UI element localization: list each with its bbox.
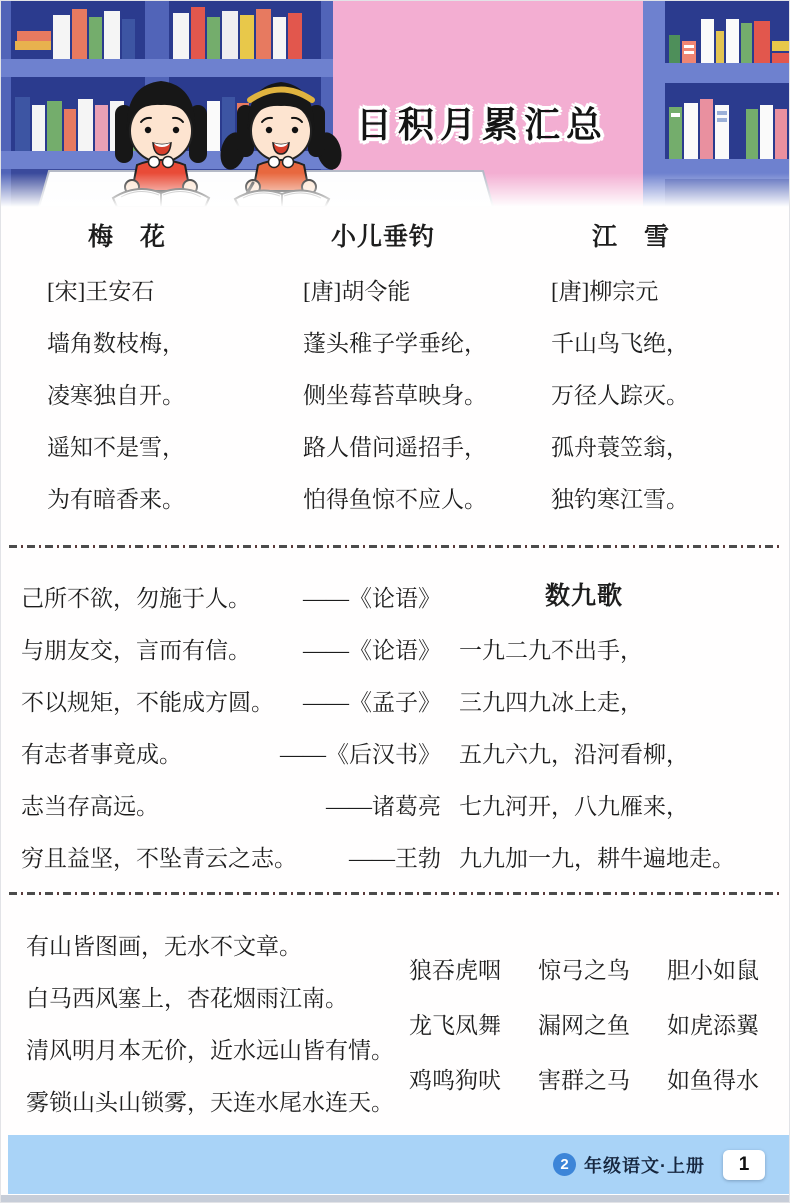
idiom-cell: 狼吞虎咽 <box>409 943 501 998</box>
saying-row: 与朋友交，言而有信。 ——《论语》 <box>21 625 441 677</box>
poem-author: [唐]柳宗元 <box>551 266 766 318</box>
page: 日积月累汇总 梅 花 [宋]王安石 墙角数枝梅， 凌寒独自开。 遥知不是雪， 为… <box>0 0 790 1203</box>
poem-line: 蓬头稚子学垂纶， <box>303 318 543 370</box>
middle-section: 己所不欲，勿施于人。 ——《论语》 与朋友交，言而有信。 ——《论语》 不以规矩… <box>1 573 790 888</box>
saying-row: 有志者事竟成。 ——《后汉书》 <box>21 729 441 781</box>
poem-line: 万径人踪灭。 <box>551 370 766 422</box>
couplet-line: 白马西风塞上，杏花烟雨江南。 <box>26 973 416 1025</box>
page-bottom-edge <box>1 1195 789 1202</box>
poem-column-xiaoerchuidiao: 小儿垂钓 [唐]胡令能 蓬头稚子学垂纶， 侧坐莓苔草映身。 路人借问遥招手， 怕… <box>303 214 543 526</box>
page-title: 日积月累汇总 <box>337 97 627 148</box>
poem-line: 独钓寒江雪。 <box>551 474 766 526</box>
poem-line: 凌寒独自开。 <box>47 370 262 422</box>
idiom-cell: 惊弓之鸟 <box>538 943 630 998</box>
song-line: 七九河开，八九雁来， <box>459 781 781 833</box>
song-line: 九九加一九，耕牛遍地走。 <box>459 833 781 885</box>
poem-line: 怕得鱼惊不应人。 <box>303 474 543 526</box>
idiom-cell: 胆小如鼠 <box>667 943 759 998</box>
section-divider-2 <box>9 892 781 895</box>
saying-text: 志当存高远。 <box>21 781 159 833</box>
saying-source: ——《论语》 <box>303 573 441 625</box>
saying-source: ——《孟子》 <box>303 677 441 729</box>
saying-text: 不以规矩，不能成方圆。 <box>21 677 274 729</box>
song-line: 一九二九不出手， <box>459 625 781 677</box>
saying-row: 志当存高远。 ——诸葛亮 <box>21 781 441 833</box>
idiom-cell: 漏网之鱼 <box>538 998 630 1053</box>
couplet-line: 有山皆图画，无水不文章。 <box>26 921 416 973</box>
poem-line: 遥知不是雪， <box>47 422 262 474</box>
poem-author: [唐]胡令能 <box>303 266 543 318</box>
song-title: 数九歌 <box>459 573 709 625</box>
saying-row: 不以规矩，不能成方圆。 ——《孟子》 <box>21 677 441 729</box>
couplets-list: 有山皆图画，无水不文章。 白马西风塞上，杏花烟雨江南。 清风明月本无价，近水远山… <box>26 921 416 1129</box>
couplet-line: 雾锁山头山锁雾，天连水尾水连天。 <box>26 1077 416 1129</box>
saying-text: 与朋友交，言而有信。 <box>21 625 251 677</box>
page-header: 日积月累汇总 <box>1 1 790 207</box>
winter-count-song: 数九歌 一九二九不出手， 三九四九冰上走， 五九六九，沿河看柳， 七九河开，八九… <box>459 573 781 885</box>
saying-source: ——王勃 <box>349 833 441 885</box>
page-footer: 2 年级语文·上册 1 <box>8 1135 789 1194</box>
poem-line: 墙角数枝梅， <box>47 318 262 370</box>
saying-text: 己所不欲，勿施于人。 <box>21 573 251 625</box>
saying-source: ——《后汉书》 <box>280 729 441 781</box>
saying-row: 己所不欲，勿施于人。 ——《论语》 <box>21 573 441 625</box>
grade-badge: 2 <box>553 1153 576 1176</box>
idiom-cell: 如鱼得水 <box>667 1053 759 1108</box>
song-line: 五九六九，沿河看柳， <box>459 729 781 781</box>
page-number-box: 1 <box>723 1150 765 1180</box>
saying-row: 穷且益坚，不坠青云之志。 ——王勃 <box>21 833 441 885</box>
bottom-section: 有山皆图画，无水不文章。 白马西风塞上，杏花烟雨江南。 清风明月本无价，近水远山… <box>1 921 790 1131</box>
poem-line: 孤舟蓑笠翁， <box>551 422 766 474</box>
poem-title: 小儿垂钓 <box>303 214 463 266</box>
poem-title: 梅 花 <box>47 214 207 266</box>
saying-text: 穷且益坚，不坠青云之志。 <box>21 833 297 885</box>
sayings-list: 己所不欲，勿施于人。 ——《论语》 与朋友交，言而有信。 ——《论语》 不以规矩… <box>21 573 441 885</box>
saying-source: ——《论语》 <box>303 625 441 677</box>
idiom-cell: 鸡鸣狗吠 <box>409 1053 501 1108</box>
idiom-cell: 龙飞凤舞 <box>409 998 501 1053</box>
poem-author: [宋]王安石 <box>47 266 262 318</box>
poem-column-jiangxue: 江 雪 [唐]柳宗元 千山鸟飞绝， 万径人踪灭。 孤舟蓑笠翁， 独钓寒江雪。 <box>551 214 766 526</box>
song-line: 三九四九冰上走， <box>459 677 781 729</box>
couplet-line: 清风明月本无价，近水远山皆有情。 <box>26 1025 416 1077</box>
saying-source: ——诸葛亮 <box>326 781 441 833</box>
idioms-grid: 狼吞虎咽 惊弓之鸟 胆小如鼠 龙飞凤舞 漏网之鱼 如虎添翼 鸡鸣狗吠 害群之马 … <box>409 943 759 1108</box>
section-divider-1 <box>9 545 781 548</box>
poem-title: 江 雪 <box>551 214 711 266</box>
poem-line: 路人借问遥招手， <box>303 422 543 474</box>
poem-line: 侧坐莓苔草映身。 <box>303 370 543 422</box>
saying-text: 有志者事竟成。 <box>21 729 182 781</box>
poem-column-meihua: 梅 花 [宋]王安石 墙角数枝梅， 凌寒独自开。 遥知不是雪， 为有暗香来。 <box>47 214 262 526</box>
grade-label: 年级语文·上册 <box>584 1152 705 1178</box>
poem-line: 为有暗香来。 <box>47 474 262 526</box>
idiom-cell: 如虎添翼 <box>667 998 759 1053</box>
poem-line: 千山鸟飞绝， <box>551 318 766 370</box>
idiom-cell: 害群之马 <box>538 1053 630 1108</box>
poems-section: 梅 花 [宋]王安石 墙角数枝梅， 凌寒独自开。 遥知不是雪， 为有暗香来。 小… <box>1 214 790 546</box>
